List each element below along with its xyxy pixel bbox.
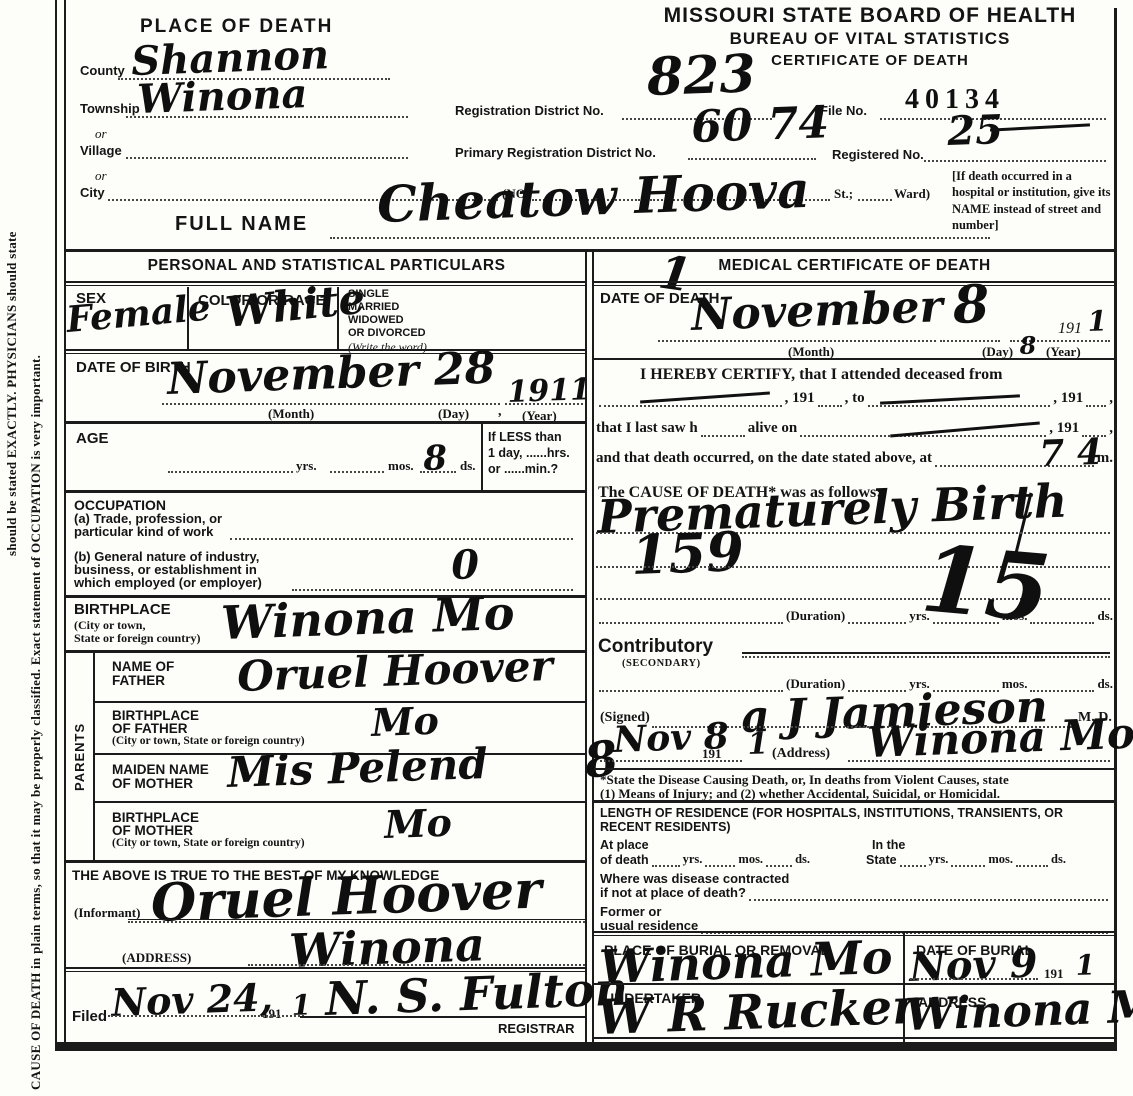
ins-blank-3 (1016, 864, 1048, 867)
age-bottom (66, 490, 587, 493)
hospital-note: [If death occurred in a hospital or inst… (952, 168, 1112, 233)
ins-yrs: yrs. (929, 852, 949, 867)
age-line-1 (168, 471, 293, 473)
column-divider-2 (592, 252, 594, 1042)
undertaker-value: W R Rucker (596, 983, 918, 1042)
mother-bp-value: Mo (384, 804, 453, 844)
atp-blank-1 (652, 864, 680, 867)
sex-color-divider (187, 287, 189, 349)
burial-year-printed: 191 (1044, 966, 1064, 982)
filed-label: Filed (72, 1008, 107, 1025)
signed-address-label: (Address) (772, 746, 830, 762)
or-label-2: or (95, 168, 107, 184)
dob-line (162, 403, 500, 405)
age-label: AGE (76, 430, 109, 447)
certify-blank-yr-b (1086, 404, 1106, 407)
city-st-label: St.; (834, 186, 853, 202)
signed-address-value: Winona Mo (867, 713, 1133, 764)
father-bp-value: Mo (371, 702, 440, 742)
filed-date-line (108, 1015, 256, 1017)
certify-line-1: I HEREBY CERTIFY, that I attended deceas… (640, 366, 1002, 384)
dob-month-caption: (Month) (268, 406, 314, 422)
age-ds-label: ds. (460, 458, 476, 474)
border-left-inner (64, 0, 66, 1051)
duration-blank-2 (933, 621, 999, 624)
township-label: Township (80, 102, 140, 117)
certify-191-b: , 191 (1053, 390, 1083, 407)
mother-bp-sub: (City or town, State or foreign country) (112, 837, 305, 849)
age-subcell-divider (481, 424, 483, 490)
dod-month-value: November (690, 285, 943, 338)
dob-year-line (505, 403, 583, 405)
parents-inner-divider (93, 653, 95, 860)
atp-ds: ds. (795, 852, 810, 867)
signed-date-line (600, 760, 742, 762)
informant-address-label: (ADDRESS) (122, 950, 191, 966)
certify-to-label: , to (845, 390, 865, 407)
occupation-b-line3: which employed (or employer) (74, 576, 262, 591)
city-st-line (858, 199, 892, 201)
border-left-outer (55, 0, 57, 1051)
board-title: MISSOURI STATE BOARD OF HEALTH (620, 4, 1120, 28)
township-line (126, 116, 408, 118)
occupation-b-value: 0 (451, 545, 480, 586)
age-mos-label: mos. (388, 458, 414, 474)
at-place-label-2: of death (600, 853, 649, 867)
atp-blank-2 (705, 864, 735, 867)
dod-year-hw: 1 (1087, 307, 1107, 336)
margin-note-outer: should be stated EXACTLY. PHYSICIANS sho… (4, 0, 26, 556)
dod-bottom (594, 358, 1115, 360)
ins-ds: ds. (1051, 852, 1066, 867)
ins-blank-1 (900, 864, 926, 867)
in-the-label-1: In the (872, 838, 905, 852)
certify-comma-a: , (1109, 390, 1113, 407)
reg-district-label: Registration District No. (455, 104, 604, 119)
duration-yrs: yrs. (909, 608, 930, 624)
lastsaw-label-b: alive on (748, 420, 798, 437)
age-note-3: or ......min.? (488, 462, 558, 476)
dod-day-line (940, 340, 1000, 342)
township-value: Winona (137, 74, 308, 120)
reg-district-value: 823 (646, 48, 756, 104)
cause-code-value: 159 (630, 524, 745, 582)
ins-blank-2 (951, 864, 985, 867)
duration-label: (Duration) (786, 608, 845, 624)
occurred-time-value: 7 4 (1039, 434, 1103, 472)
full-name-value: Cheatow Hoova (376, 165, 810, 230)
parents-label: PARENTS (66, 653, 93, 860)
atp-blank-3 (766, 864, 792, 867)
father-name-label-2: FATHER (112, 673, 165, 689)
primary-reg-label: Primary Registration District No. (455, 146, 656, 161)
occurred-label: and that death occurred, on the date sta… (596, 450, 932, 467)
left-column-title: PERSONAL AND STATISTICAL PARTICULARS (66, 257, 587, 275)
certify-blank-from (599, 404, 782, 407)
father-bp-sub: (City or town, State or foreign country) (112, 735, 305, 747)
filed-year-line (258, 1015, 304, 1017)
lastsaw-label-a: that I last saw h (596, 420, 698, 437)
primary-reg-value: 60 74 (690, 101, 829, 150)
filed-year-printed: 191 (262, 1006, 282, 1022)
color-marital-divider (337, 287, 339, 349)
contracted-row: if not at place of death? (600, 886, 1111, 901)
age-line-2 (330, 471, 384, 473)
column-divider-1 (585, 252, 587, 1042)
city-ward-label: Ward) (894, 186, 930, 202)
dob-bottom (66, 421, 587, 424)
contributory-label: Contributory (598, 636, 713, 658)
marital-option-divorced: OR DIVORCED (348, 327, 426, 340)
border-right (1114, 8, 1117, 1048)
burial-date-line (910, 978, 1038, 980)
county-label: County (80, 64, 125, 79)
mother-name-value: Mis Pelend (227, 743, 489, 794)
undertaker-address-value: Winona Mo (904, 984, 1133, 1038)
registered-no-line (924, 160, 1106, 162)
birthplace-label: BIRTHPLACE (74, 601, 171, 618)
occupation-a-line (230, 538, 573, 540)
dod-day-hw-overlap: 8 (1019, 333, 1037, 358)
at-place-row: of deathyrs.mos.ds. (600, 852, 852, 867)
duration-blank-3 (1030, 621, 1094, 624)
marital-option-single: SINGLE (348, 288, 389, 301)
registrar-label: REGISTRAR (498, 1022, 575, 1037)
residence-title-1: LENGTH OF RESIDENCE (FOR HOSPITALS, INST… (600, 806, 1063, 820)
dod-day-value: 8 (952, 279, 990, 332)
village-line (126, 157, 408, 159)
signed-address-line (848, 760, 1110, 762)
cause-duration-row: (Duration)yrs.mos.ds. (596, 608, 1113, 624)
contributory-line-solid (742, 652, 1110, 654)
contributory-line-dotted (742, 656, 1110, 658)
registrar-signature: N. S. Fulton (324, 965, 628, 1022)
cduration-ds: ds. (1097, 676, 1113, 692)
right-title-underline-1 (594, 281, 1115, 283)
certify-comma-b: , (1109, 420, 1113, 437)
informant-line (128, 919, 585, 920)
age-yrs-label: yrs. (296, 458, 317, 474)
duration-ds: ds. (1097, 608, 1113, 624)
father-name-bottom (95, 701, 585, 703)
dod-year-printed: 191 (1058, 320, 1082, 338)
contracted-line-2: if not at place of death? (600, 886, 746, 901)
at-place-label-1: At place (600, 838, 649, 852)
residence-top-border (594, 800, 1115, 803)
ins-mos: mos. (988, 852, 1013, 867)
border-bottom-bar (55, 1042, 1117, 1051)
certify-191-a: , 191 (785, 390, 815, 407)
marital-option-married: MARRIED (348, 301, 399, 314)
age-note-2: 1 day, ......hrs. (488, 446, 570, 460)
in-state-row: Stateyrs.mos.ds. (866, 852, 1112, 867)
mother-name-bottom (95, 801, 585, 803)
atp-yrs: yrs. (683, 852, 703, 867)
registered-no-flourish (990, 123, 1090, 131)
registered-no-label: Registered No. (832, 148, 924, 163)
birthplace-sub2: State or foreign country) (74, 631, 201, 646)
certify-blank-to (868, 404, 1051, 407)
burial-date-value: Nov 9 (909, 944, 1039, 988)
signed-year-hw: 1 (747, 729, 769, 760)
age-line-3 (420, 471, 456, 473)
undertaker-underline (594, 1037, 1115, 1039)
duration-blank-1 (848, 621, 906, 624)
marital-option-widowed: WIDOWED (348, 314, 404, 327)
color-value: White (224, 278, 367, 334)
duration-mos: mos. (1002, 608, 1028, 624)
dob-value: November 28 (166, 347, 496, 402)
full-name-label: FULL NAME (175, 213, 308, 236)
footnote-top-border (594, 768, 1115, 770)
age-note-1: If LESS than (488, 430, 562, 444)
birthplace-value: Winona Mo (220, 590, 515, 646)
burial-year-hw: 1 (1075, 951, 1095, 980)
header-divider (66, 249, 1115, 252)
registrar-sig-line (300, 1016, 585, 1018)
residence-title-2: RECENT RESIDENTS) (600, 820, 731, 834)
lastsaw-blank-h (701, 434, 745, 437)
occupation-a-line2: particular kind of work (74, 525, 213, 540)
father-name-value: Oruel Hoover (237, 645, 554, 698)
certify-blank-yr-a (818, 404, 842, 407)
secondary-label: (Secondary) (622, 658, 701, 669)
city-label: City (80, 186, 105, 201)
margin-note-inner: CAUSE OF DEATH in plain terms, so that i… (28, 4, 52, 1090)
village-label: Village (80, 144, 122, 159)
duration-blank-0 (599, 621, 783, 624)
certify-line-4: and that death occurred, on the date sta… (596, 450, 1113, 467)
or-label-1: or (95, 126, 107, 142)
mother-name-label-2: OF MOTHER (112, 776, 193, 792)
dob-comma: , (498, 404, 502, 420)
sex-value: Female (65, 290, 212, 338)
atp-mos: mos. (738, 852, 763, 867)
dob-day-caption: (Day) (438, 406, 469, 422)
contracted-blank (749, 898, 1108, 901)
full-name-line (330, 237, 990, 239)
death-certificate-page: should be stated EXACTLY. PHYSICIANS sho… (0, 0, 1133, 1096)
in-the-label-2: State (866, 853, 897, 867)
dod-month-line (658, 340, 936, 342)
